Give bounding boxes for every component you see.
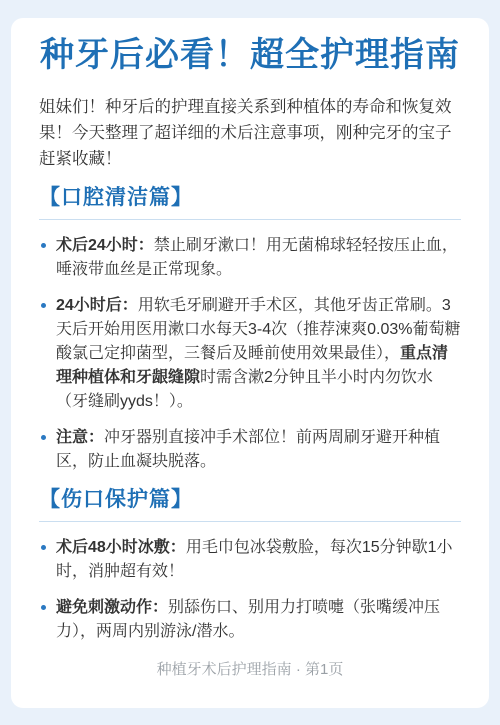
sections-container: 【口腔清洁篇】术后24小时：禁止刷牙漱口！用无菌棉球轻轻按压止血，唾液带血丝是正…	[39, 184, 461, 644]
bullet-dot-icon	[41, 605, 46, 610]
section: 【伤口保护篇】术后48小时冰敷：用毛巾包冰袋敷脸，每次15分钟歇1小时，消肿超有…	[39, 486, 461, 644]
bullet-list: 术后48小时冰敷：用毛巾包冰袋敷脸，每次15分钟歇1小时，消肿超有效！避免刺激动…	[39, 536, 461, 644]
bullet-text-bold: 避免刺激动作：	[56, 599, 168, 616]
bullet-dot-icon	[41, 545, 46, 550]
bullet-dot-icon	[41, 303, 46, 308]
note-card: 种牙后必看！超全护理指南 姐妹们！种牙后的护理直接关系到种植体的寿命和恢复效果！…	[11, 18, 489, 708]
bullet-list: 术后24小时：禁止刷牙漱口！用无菌棉球轻轻按压止血，唾液带血丝是正常现象。24小…	[39, 234, 461, 474]
bullet-text-bold: 注意：	[56, 429, 104, 446]
bullet-text-bold: 24小时后：	[56, 297, 138, 314]
footer-text: 种植牙术后护理指南 · 第1页	[39, 658, 461, 685]
intro-text: 姐妹们！种牙后的护理直接关系到种植体的寿命和恢复效果！今天整理了超详细的术后注意…	[39, 94, 461, 172]
bullet-item: 术后48小时冰敷：用毛巾包冰袋敷脸，每次15分钟歇1小时，消肿超有效！	[39, 536, 461, 584]
bullet-item: 24小时后：用软毛牙刷避开手术区，其他牙齿正常刷。3天后开始用医用漱口水每天3-…	[39, 294, 461, 414]
section-title: 【伤口保护篇】	[39, 486, 461, 522]
bullet-dot-icon	[41, 243, 46, 248]
bullet-text-bold: 术后24小时：	[56, 237, 154, 254]
bullet-text: 冲牙器别直接冲手术部位！前两周刷牙避开种植区，防止血凝块脱落。	[56, 429, 440, 470]
bullet-item: 术后24小时：禁止刷牙漱口！用无菌棉球轻轻按压止血，唾液带血丝是正常现象。	[39, 234, 461, 282]
section-title: 【口腔清洁篇】	[39, 184, 461, 220]
bullet-text-bold: 术后48小时冰敷：	[56, 539, 186, 556]
page-title: 种牙后必看！超全护理指南	[39, 34, 461, 76]
bullet-item: 避免刺激动作：别舔伤口、别用力打喷嚏（张嘴缓冲压力），两周内别游泳/潜水。	[39, 596, 461, 644]
section: 【口腔清洁篇】术后24小时：禁止刷牙漱口！用无菌棉球轻轻按压止血，唾液带血丝是正…	[39, 184, 461, 474]
bullet-dot-icon	[41, 435, 46, 440]
bullet-item: 注意：冲牙器别直接冲手术部位！前两周刷牙避开种植区，防止血凝块脱落。	[39, 426, 461, 474]
